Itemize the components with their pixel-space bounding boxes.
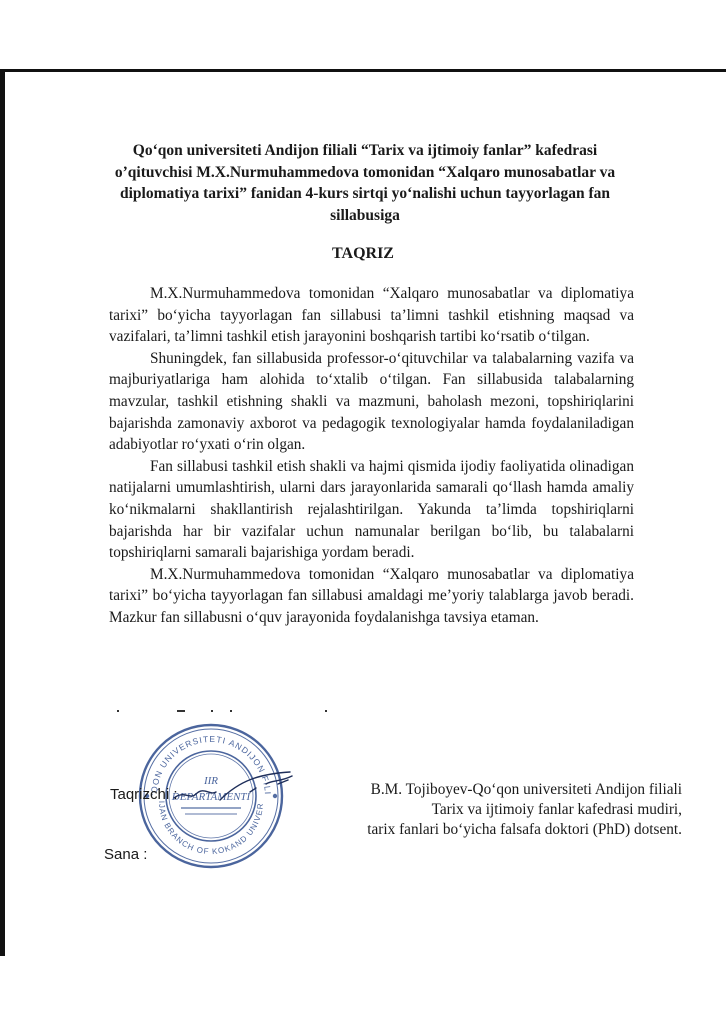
paragraph: Shuningdek, fan sillabusida professor-o‘… xyxy=(109,348,634,456)
paragraph: M.X.Nurmuhammedova tomonidan “Xalqaro mu… xyxy=(109,283,634,348)
reviewer-line: B.M. Tojiboyev-Qo‘qon universiteti Andij… xyxy=(310,780,682,800)
paragraph: Fan sillabusi tashkil etish shakli va ha… xyxy=(109,456,634,564)
heading-line: sillabusiga xyxy=(100,205,630,227)
heading-line: Qo‘qon universiteti Andijon filiali “Tar… xyxy=(100,140,630,162)
heading-line: diplomatiya tarixi” fanidan 4-kurs sirtq… xyxy=(100,183,630,205)
scan-marks xyxy=(115,710,335,714)
heading-line: o’qituvchisi M.X.Nurmuhammedova tomonida… xyxy=(100,162,630,184)
document-heading: Qo‘qon universiteti Andijon filiali “Tar… xyxy=(100,140,630,226)
date-label: Sana : xyxy=(104,846,147,863)
signature-icon xyxy=(170,770,300,810)
reviewer-info: B.M. Tojiboyev-Qo‘qon universiteti Andij… xyxy=(310,780,682,840)
document-title: TAQRIZ xyxy=(0,245,726,263)
reviewer-line: tarix fanlari bo‘yicha falsafa doktori (… xyxy=(310,820,682,840)
handwritten-signature xyxy=(170,770,300,810)
reviewer-label: Taqrizchi : xyxy=(110,786,178,803)
document-body: M.X.Nurmuhammedova tomonidan “Xalqaro mu… xyxy=(109,283,634,629)
paragraph: M.X.Nurmuhammedova tomonidan “Xalqaro mu… xyxy=(109,564,634,629)
reviewer-line: Tarix va ijtimoiy fanlar kafedrasi mudir… xyxy=(310,800,682,820)
scan-top-border xyxy=(0,69,726,72)
scan-left-border xyxy=(0,70,5,956)
